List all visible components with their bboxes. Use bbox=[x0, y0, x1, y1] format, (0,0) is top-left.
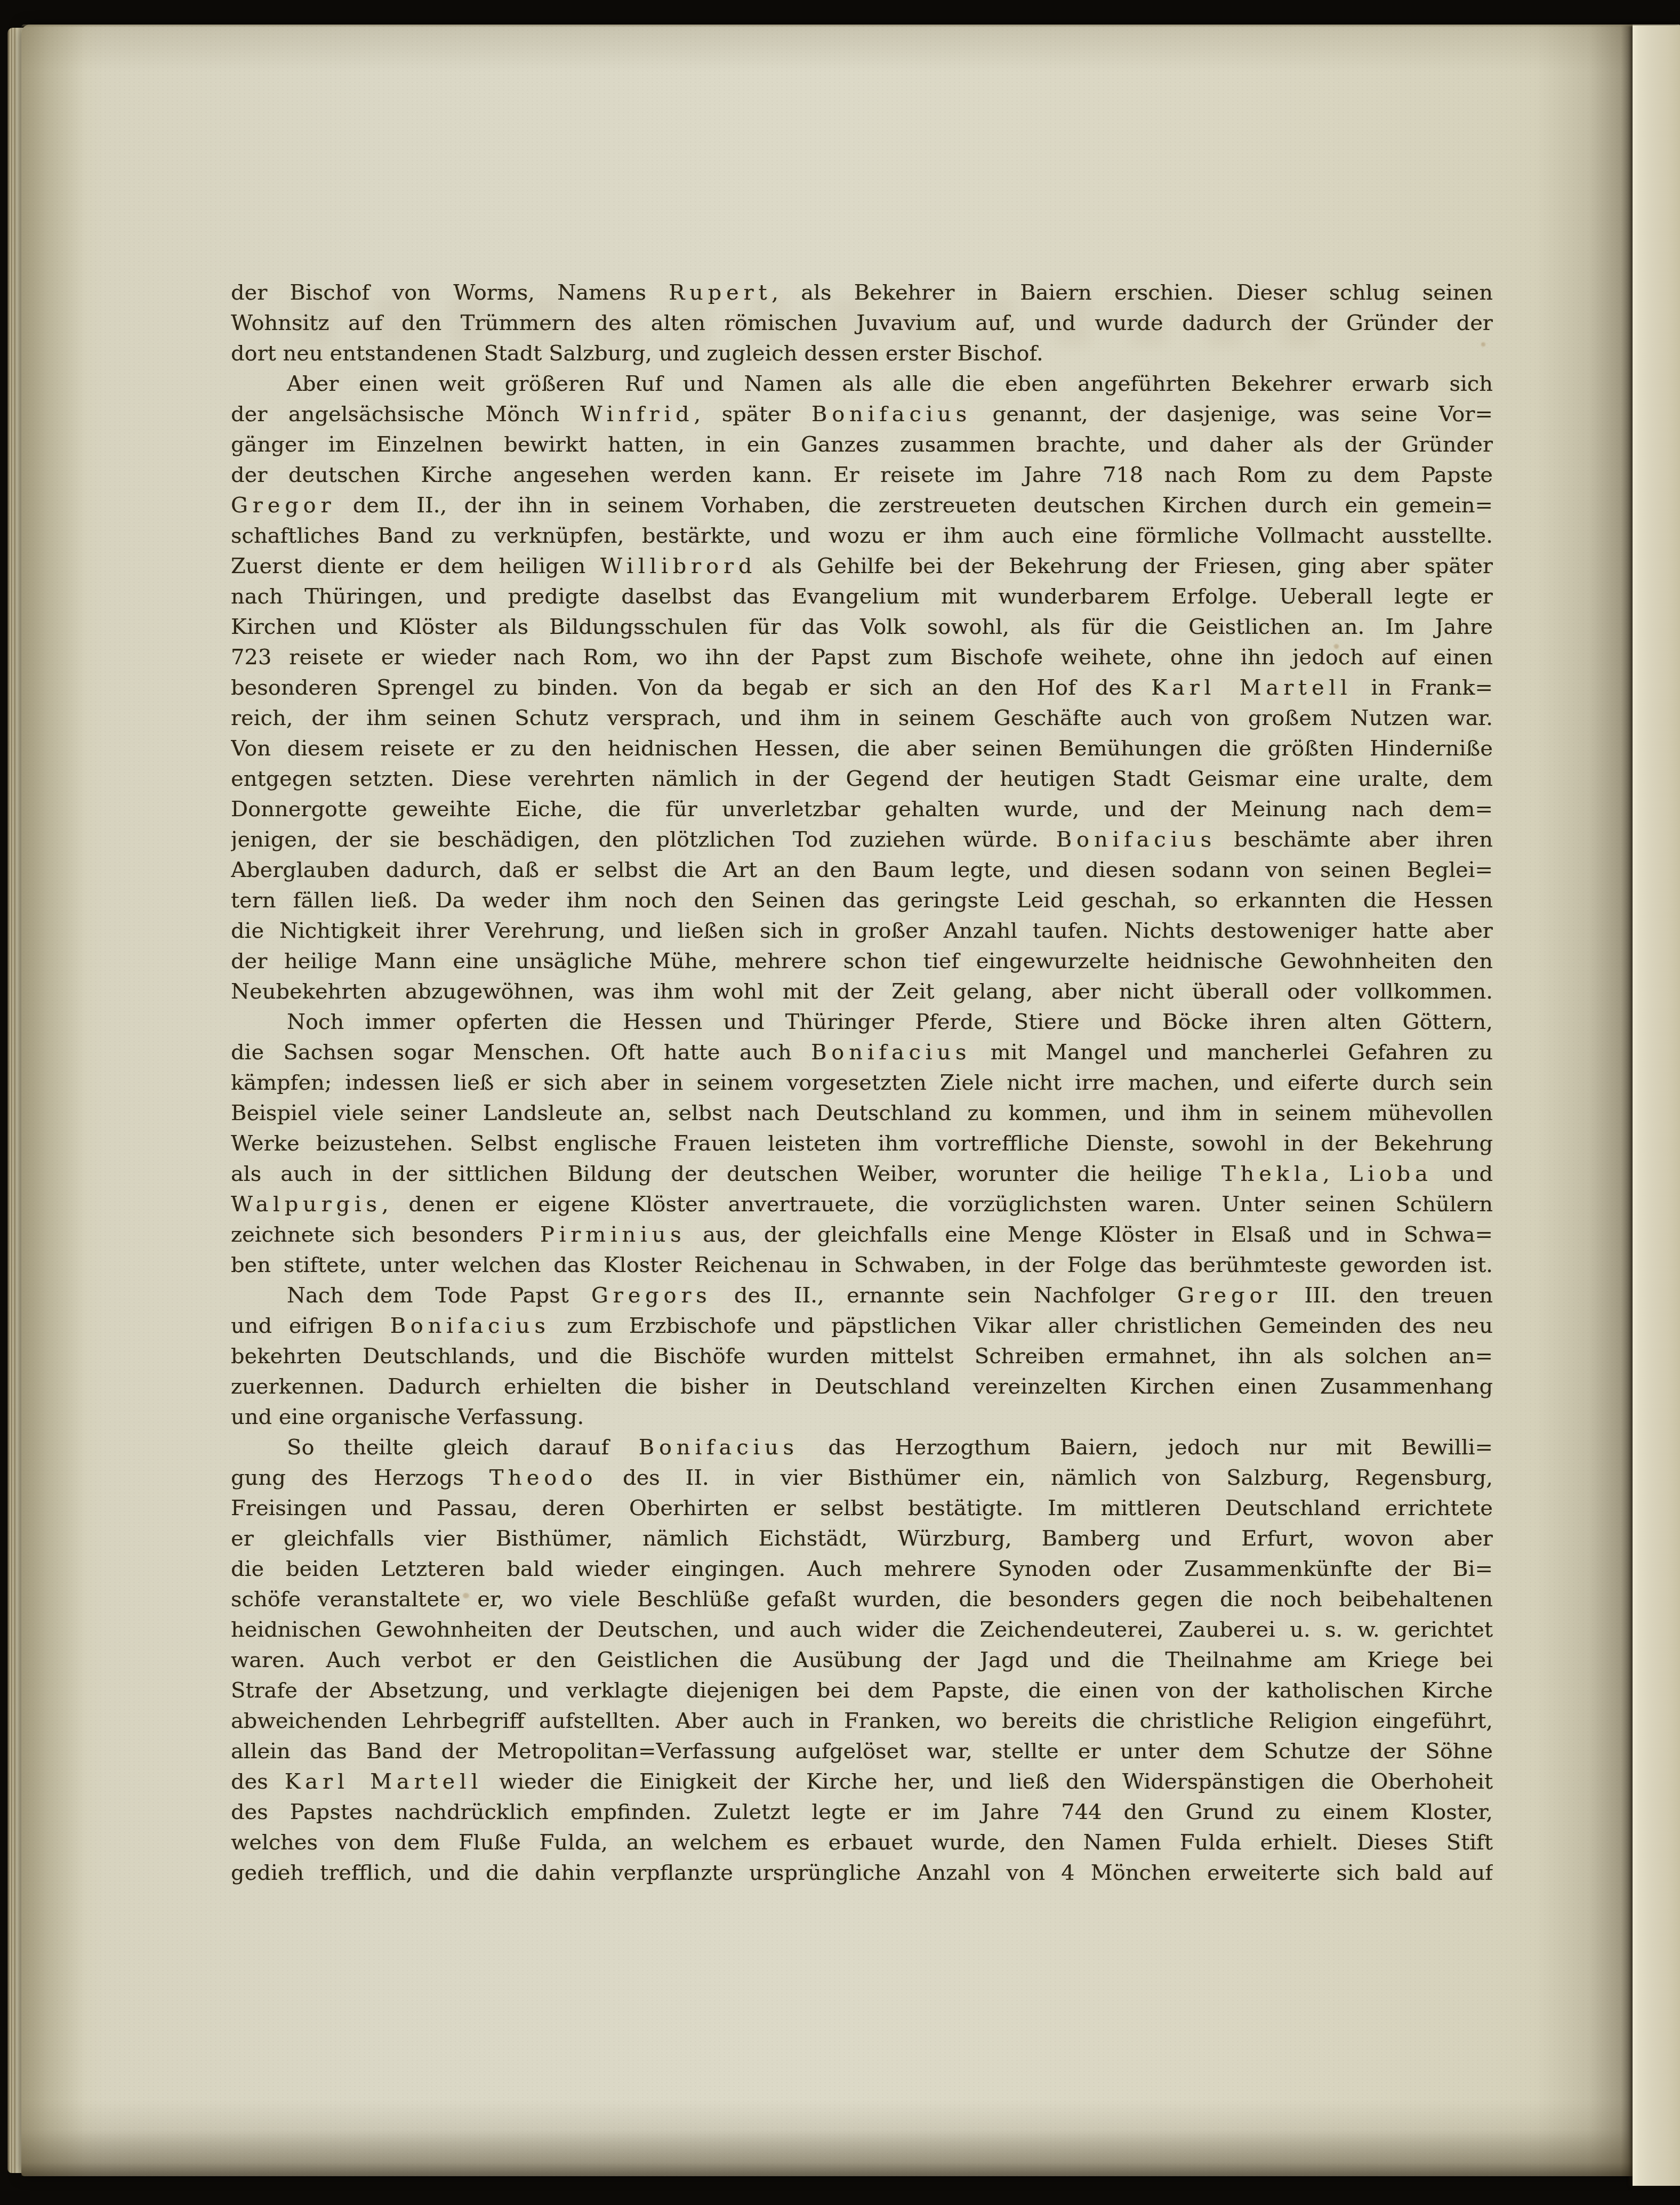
text-line: Nach dem Tode Papst Gregors des II., ern… bbox=[231, 1281, 1493, 1311]
emphasized-name: Bonifacius bbox=[1056, 827, 1216, 852]
emphasized-name: Gregor bbox=[1177, 1283, 1282, 1308]
page-curl-shadow bbox=[1536, 25, 1633, 2176]
paragraph: der Bischof von Worms, Namens Rupert, al… bbox=[231, 278, 1493, 369]
text-line: gänger im Einzelnen bewirkt hatten, in e… bbox=[231, 430, 1493, 460]
text-line: bekehrten Deutschlands, und die Bischöfe… bbox=[231, 1341, 1493, 1372]
scanned-book-page: der Bischof von Worms, Namens Rupert, al… bbox=[0, 0, 1680, 2205]
emphasized-name: Bonifacius bbox=[639, 1435, 799, 1460]
text-line: Von diesem reisete er zu den heidnischen… bbox=[231, 734, 1493, 764]
gutter-shadow bbox=[21, 25, 85, 2176]
text-line: Strafe der Absetzung, und verklagte diej… bbox=[231, 1676, 1493, 1706]
emphasized-name: Gregor bbox=[231, 493, 335, 518]
text-line: heidnischen Gewohnheiten der Deutschen, … bbox=[231, 1615, 1493, 1645]
text-line: zuerkennen. Dadurch erhielten die bisher… bbox=[231, 1372, 1493, 1402]
text-line: Werke beizustehen. Selbst englische Frau… bbox=[231, 1129, 1493, 1159]
text-line: gedieh trefflich, und die dahin verpflan… bbox=[231, 1858, 1493, 1888]
emphasized-name: Walpurgis bbox=[231, 1192, 382, 1217]
text-line: abweichenden Lehrbegriff aufstellten. Ab… bbox=[231, 1706, 1493, 1736]
text-line: des Papstes nachdrücklich empfinden. Zul… bbox=[231, 1797, 1493, 1828]
text-line: Walpurgis, denen er eigene Klöster anver… bbox=[231, 1189, 1493, 1220]
text-line: Gregor dem II., der ihn in seinem Vorhab… bbox=[231, 490, 1493, 521]
text-line: Zuerst diente er dem heiligen Willibrord… bbox=[231, 551, 1493, 582]
text-line: Donnergotte geweihte Eiche, die für unve… bbox=[231, 794, 1493, 825]
text-line: jenigen, der sie beschädigen, den plötzl… bbox=[231, 825, 1493, 855]
text-line: reich, der ihm seinen Schutz versprach, … bbox=[231, 703, 1493, 734]
emphasized-name: Rupert bbox=[669, 280, 771, 305]
text-line: dort neu entstandenen Stadt Salzburg, un… bbox=[231, 339, 1493, 369]
page-bottom-edge bbox=[21, 2130, 1633, 2176]
text-line: kämpfen; indessen ließ er sich aber in s… bbox=[231, 1068, 1493, 1098]
emphasized-name: Pirminius bbox=[540, 1222, 686, 1247]
paragraph: Aber einen weit größeren Ruf und Namen a… bbox=[231, 369, 1493, 1007]
text-line: Kirchen und Klöster als Bildungsschulen … bbox=[231, 612, 1493, 642]
page-top-edge bbox=[21, 25, 1633, 27]
text-line: gung des Herzogs Theodo des II. in vier … bbox=[231, 1463, 1493, 1493]
emphasized-name: Willibrord bbox=[600, 554, 757, 578]
text-line: Freisingen und Passau, deren Oberhirten … bbox=[231, 1493, 1493, 1524]
text-line: Aberglauben dadurch, daß er selbst die A… bbox=[231, 855, 1493, 886]
emphasized-name: Thekla bbox=[1221, 1162, 1323, 1186]
emphasized-name: Gregors bbox=[591, 1283, 712, 1308]
text-line: die beiden Letzteren bald wieder einging… bbox=[231, 1554, 1493, 1584]
text-line: entgegen setzten. Diese verehrten nämlic… bbox=[231, 764, 1493, 794]
text-block: der Bischof von Worms, Namens Rupert, al… bbox=[231, 278, 1493, 1888]
emphasized-name: Karl Martell bbox=[1151, 675, 1352, 700]
emphasized-name: Bonifacius bbox=[811, 1040, 971, 1065]
text-line: der angelsächsische Mönch Winfrid, späte… bbox=[231, 399, 1493, 430]
text-line: ben stiftete, unter welchen das Kloster … bbox=[231, 1250, 1493, 1281]
text-line: Beispiel viele seiner Landsleute an, sel… bbox=[231, 1098, 1493, 1129]
paragraph: Noch immer opferten die Hessen und Thüri… bbox=[231, 1007, 1493, 1281]
text-line: Neubekehrten abzugewöhnen, was ihm wohl … bbox=[231, 977, 1493, 1007]
emphasized-name: Bonifacius bbox=[390, 1314, 550, 1338]
text-line: der deutschen Kirche angesehen werden ka… bbox=[231, 460, 1493, 490]
text-line: und eifrigen Bonifacius zum Erzbischofe … bbox=[231, 1311, 1493, 1341]
text-line: er gleichfalls vier Bisthümer, nämlich E… bbox=[231, 1524, 1493, 1554]
text-line: zeichnete sich besonders Pirminius aus, … bbox=[231, 1220, 1493, 1250]
emphasized-name: Karl Martell bbox=[285, 1769, 483, 1794]
text-line: Wohnsitz auf den Trümmern des alten römi… bbox=[231, 308, 1493, 339]
text-line: schaftliches Band zu verknüpfen, bestärk… bbox=[231, 521, 1493, 551]
text-line: nach Thüringen, und predigte daselbst da… bbox=[231, 582, 1493, 612]
text-line: die Sachsen sogar Menschen. Oft hatte au… bbox=[231, 1037, 1493, 1068]
paragraph: Nach dem Tode Papst Gregors des II., ern… bbox=[231, 1281, 1493, 1433]
text-line: besonderen Sprengel zu binden. Von da be… bbox=[231, 673, 1493, 703]
next-page-edge bbox=[1633, 26, 1680, 2186]
text-line: als auch in der sittlichen Bildung der d… bbox=[231, 1159, 1493, 1189]
text-line: welches von dem Fluße Fulda, an welchem … bbox=[231, 1828, 1493, 1858]
text-line: und eine organische Verfassung. bbox=[231, 1402, 1493, 1433]
emphasized-name: Bonifacius bbox=[811, 402, 971, 426]
text-line: waren. Auch verbot er den Geistlichen di… bbox=[231, 1645, 1493, 1676]
text-line: So theilte gleich darauf Bonifacius das … bbox=[231, 1433, 1493, 1463]
text-line: die Nichtigkeit ihrer Verehrung, und lie… bbox=[231, 916, 1493, 946]
text-line: der Bischof von Worms, Namens Rupert, al… bbox=[231, 278, 1493, 308]
text-line: schöfe veranstaltete er, wo viele Beschl… bbox=[231, 1584, 1493, 1615]
text-line: 723 reisete er wieder nach Rom, wo ihn d… bbox=[231, 642, 1493, 673]
paragraph: So theilte gleich darauf Bonifacius das … bbox=[231, 1433, 1493, 1888]
text-line: der heilige Mann eine unsägliche Mühe, m… bbox=[231, 946, 1493, 977]
emphasized-name: Theodo bbox=[489, 1466, 598, 1490]
text-line: Noch immer opferten die Hessen und Thüri… bbox=[231, 1007, 1493, 1037]
emphasized-name: Lioba bbox=[1349, 1162, 1433, 1186]
text-line: allein das Band der Metropolitan=Verfass… bbox=[231, 1736, 1493, 1767]
emphasized-name: Winfrid bbox=[581, 402, 694, 426]
text-line: tern fällen ließ. Da weder ihm noch den … bbox=[231, 886, 1493, 916]
text-line: des Karl Martell wieder die Einigkeit de… bbox=[231, 1767, 1493, 1797]
text-line: Aber einen weit größeren Ruf und Namen a… bbox=[231, 369, 1493, 399]
